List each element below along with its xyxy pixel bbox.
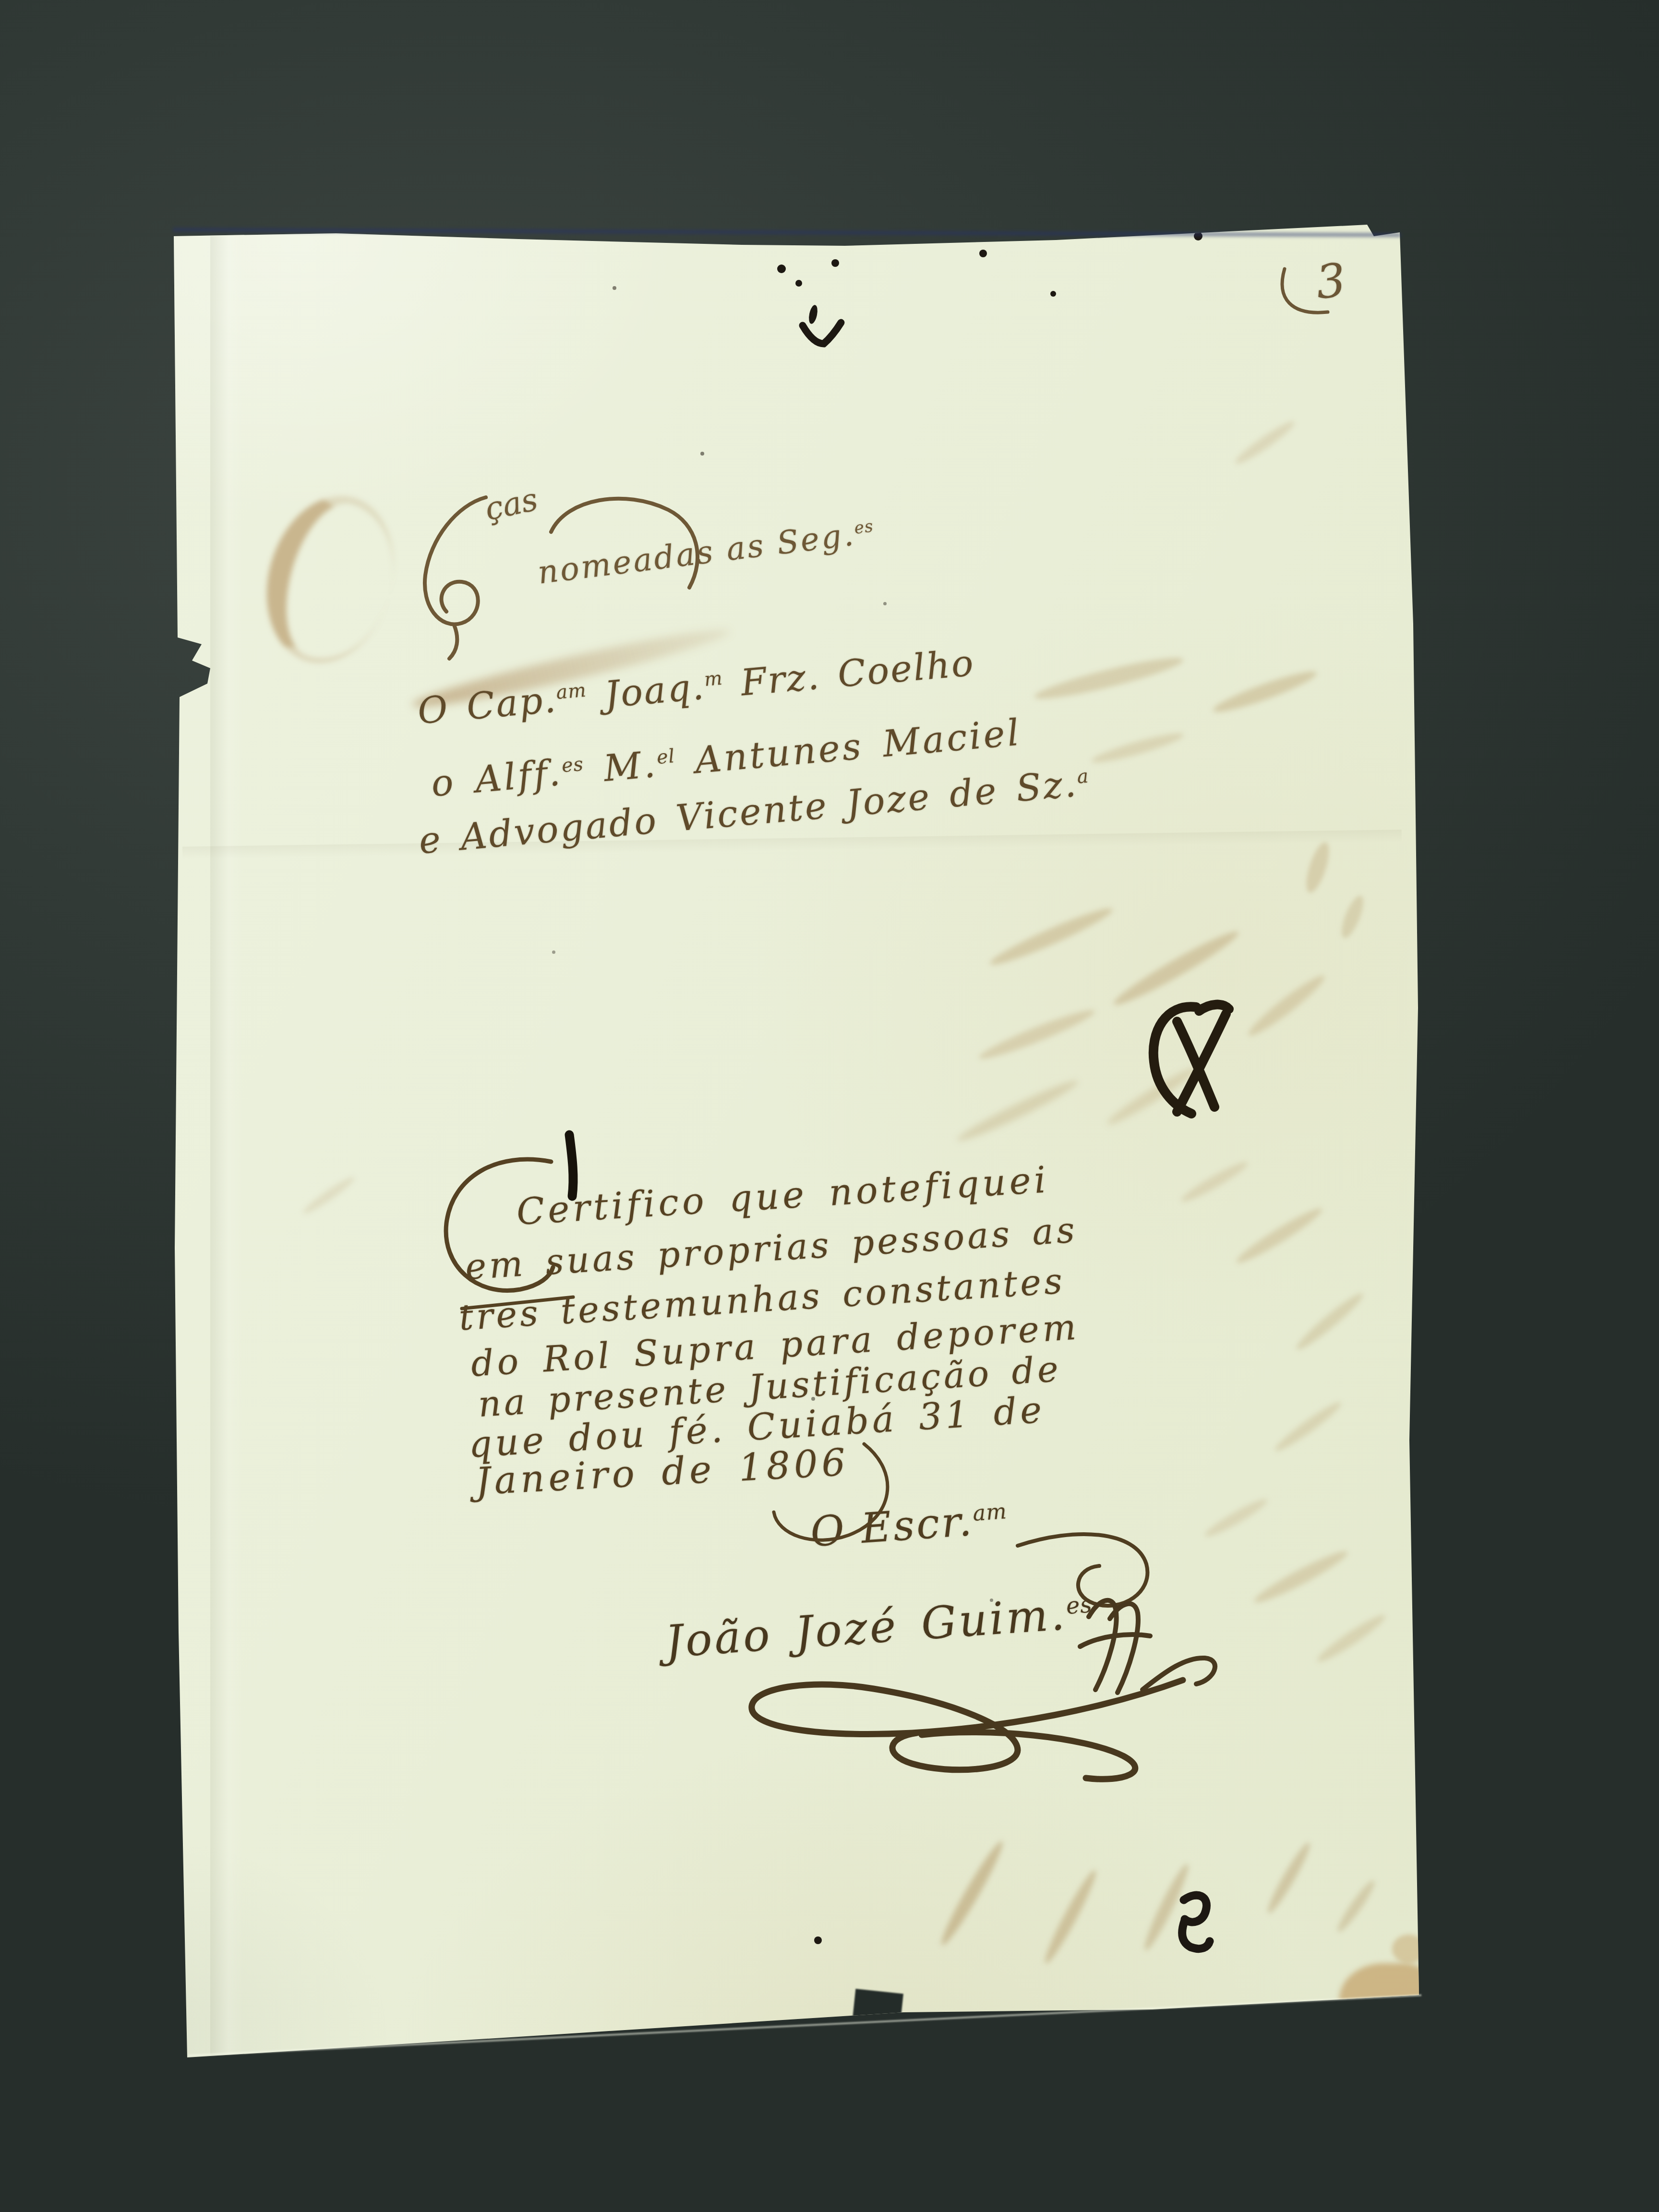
page-number-flourish xyxy=(1282,269,1328,313)
signature-paraph xyxy=(752,1680,1183,1779)
signature-rubric xyxy=(1080,1600,1215,1693)
document-paper: 3 ças nomeadas as Seg.es O Cap.am Joaq.m… xyxy=(0,0,1659,2212)
ink-drip xyxy=(569,1135,573,1196)
ink-speck xyxy=(979,250,987,257)
ink-blot-jx xyxy=(1154,1005,1229,1114)
ink-speck xyxy=(831,259,839,267)
strikethrough xyxy=(462,1297,573,1309)
photo-backdrop: 3 ças nomeadas as Seg.es O Cap.am Joaq.m… xyxy=(0,0,1659,2212)
paper-tear-bottom xyxy=(852,1989,903,2032)
ink-speck xyxy=(807,304,819,325)
ink-blot-check xyxy=(803,323,841,344)
ink-speck xyxy=(613,286,616,290)
heading-flourish xyxy=(551,499,697,588)
ink-speck xyxy=(814,1936,822,1944)
ink-flourishes xyxy=(0,0,1659,2212)
margin-flourish xyxy=(425,497,486,659)
certifico-flourish xyxy=(446,1159,553,1290)
ink-speck xyxy=(1050,291,1056,297)
ink-speck xyxy=(795,280,802,287)
escrivao-flourish xyxy=(1018,1534,1147,1606)
date-flourish xyxy=(774,1444,888,1540)
ink-blot-bottom xyxy=(1182,1895,1210,1948)
ink-speck xyxy=(777,264,786,273)
